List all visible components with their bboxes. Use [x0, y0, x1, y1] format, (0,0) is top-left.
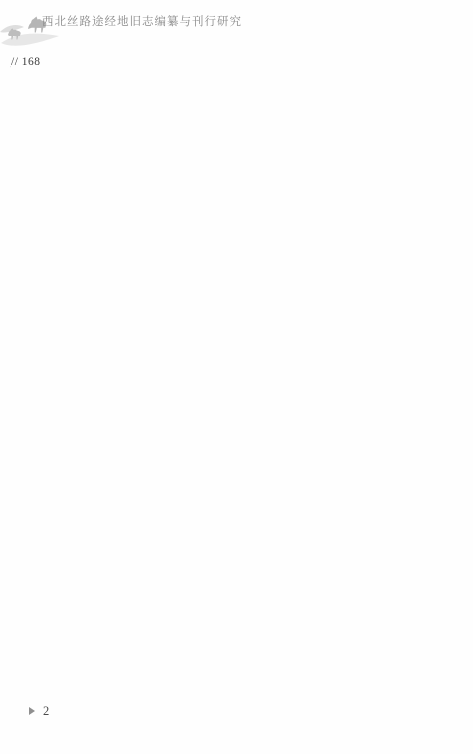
page-header: 西北丝路途经地旧志编纂与刊行研究	[0, 0, 473, 52]
toc-entry-page: // 168	[11, 56, 465, 701]
toc-entry: 三、僧人类型作者// 168	[0, 680, 465, 701]
running-title: 西北丝路途经地旧志编纂与刊行研究	[42, 13, 242, 29]
page-footer: 2	[29, 703, 49, 719]
book-page: 西北丝路途经地旧志编纂与刊行研究 三、已佚方志// 67第二节由关中向河西扩展的…	[0, 0, 473, 754]
footer-triangle-icon	[29, 707, 35, 715]
footer-page-number: 2	[43, 704, 49, 719]
toc-list: 三、已佚方志// 67第二节由关中向河西扩展的内容记述及多层分类// 75一、方…	[0, 56, 465, 701]
